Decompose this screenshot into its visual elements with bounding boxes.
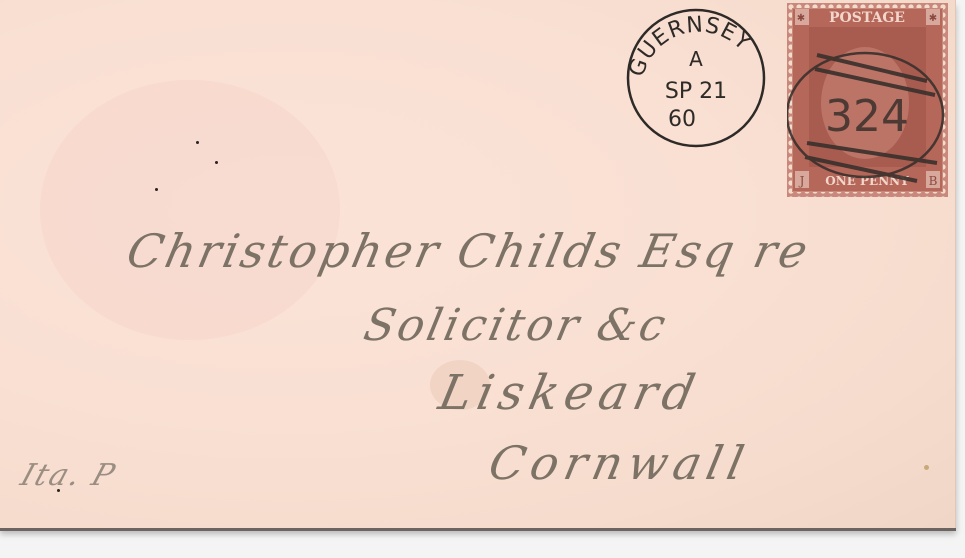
- speck: [196, 141, 199, 144]
- stamp-corner-right: B: [929, 174, 938, 188]
- address-line-title: Solicitor &c: [360, 300, 673, 351]
- postmark-year: 60: [668, 107, 696, 132]
- address-line-name: Christopher Childs Esq re: [122, 224, 815, 278]
- cancel-number: 324: [825, 91, 909, 142]
- postmark-code: A: [689, 47, 703, 71]
- envelope: GUERNSEY A SP 21 60 ✱ ✱ POSTAGE J B ONE …: [0, 0, 956, 528]
- stamp-corner-left: J: [798, 174, 805, 188]
- foxing-stain: [40, 80, 340, 340]
- svg-text:✱: ✱: [929, 13, 937, 24]
- address-line-county: Cornwall: [484, 436, 754, 490]
- stamp-top-label: POSTAGE: [829, 10, 905, 26]
- postmark-date: SP 21: [665, 79, 727, 104]
- svg-text:✱: ✱: [797, 13, 805, 24]
- guernsey-postmark: GUERNSEY A SP 21 60: [620, 6, 772, 148]
- speck: [155, 188, 158, 191]
- penny-red-stamp: ✱ ✱ POSTAGE J B ONE PENNY 324: [787, 3, 948, 197]
- speck: [924, 465, 929, 470]
- pencil-annotation: Ita. P: [16, 458, 120, 493]
- speck: [215, 161, 218, 164]
- address-line-town: Liskeard: [434, 365, 706, 421]
